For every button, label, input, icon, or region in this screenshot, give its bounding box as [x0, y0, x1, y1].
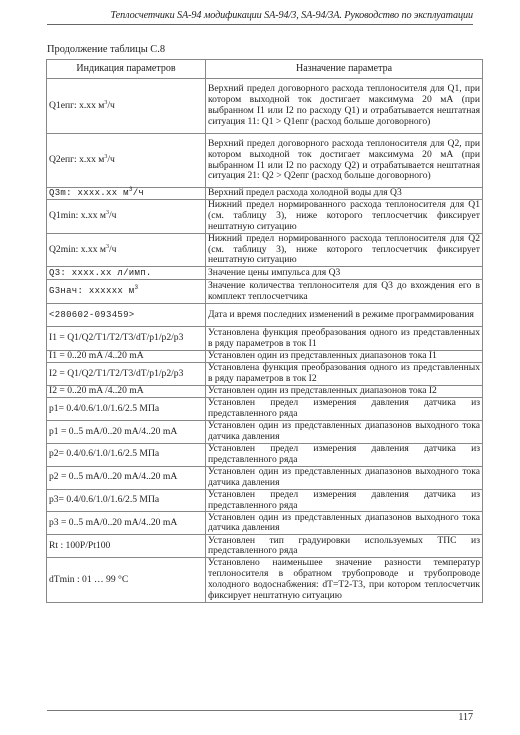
- parameter-description: Установлена функция преобразования одног…: [206, 363, 483, 386]
- parameter-description: Верхний предел договорного расхода тепло…: [206, 79, 483, 134]
- table-row: Q2епг: x.xx м3/чВерхний предел договорно…: [47, 134, 483, 188]
- table-row: I1 = 0..20 mA /4..20 mAУстановлен один и…: [47, 351, 483, 363]
- parameter-description: Нижний предел нормированного расхода теп…: [206, 199, 483, 233]
- parameter-description: Верхний предел расхода холодной воды для…: [206, 188, 483, 200]
- parameter-indication: dTmin : 01 … 99 °C: [47, 558, 206, 603]
- table-row: p1= 0.4/0.6/1.0/1.6/2.5 МПаУстановлен пр…: [47, 398, 483, 421]
- parameter-indication: Q3m: xxxx.xx м3/ч: [47, 188, 206, 200]
- parameter-indication: Q2min: x.xx м3/ч: [47, 233, 206, 267]
- parameter-table: Индикация параметров Назначение параметр…: [46, 59, 483, 603]
- table-row: <280602-093459>Дата и время последних из…: [47, 304, 483, 327]
- parameter-indication: p3= 0.4/0.6/1.0/1.6/2.5 МПа: [47, 489, 206, 512]
- parameter-description: Установлен один из представленных диапаз…: [206, 386, 483, 398]
- parameter-description: Установлено наименьшее значение разности…: [206, 558, 483, 603]
- table-row: p3= 0.4/0.6/1.0/1.6/2.5 МПаУстановлен пр…: [47, 489, 483, 512]
- table-row: Q3m: xxxx.xx м3/чВерхний предел расхода …: [47, 188, 483, 200]
- parameter-description: Значение количества теплоносителя для Q3…: [206, 280, 483, 304]
- parameter-description: Дата и время последних изменений в режим…: [206, 304, 483, 327]
- parameter-description: Верхний предел договорного расхода тепло…: [206, 134, 483, 188]
- table-row: I1 = Q1/Q2/T1/T2/T3/dT/p1/p2/p3Установле…: [47, 327, 483, 351]
- table-row: p2= 0.4/0.6/1.0/1.6/2.5 МПаУстановлен пр…: [47, 443, 483, 466]
- running-header: Теплосчетчики SA-94 модификации SA-94/3,…: [47, 10, 473, 22]
- parameter-description: Установлен предел измерения давления дат…: [206, 398, 483, 421]
- parameter-indication: I1 = 0..20 mA /4..20 mA: [47, 351, 206, 363]
- parameter-description: Установлен тип градуировки используемых …: [206, 535, 483, 558]
- parameter-indication: I1 = Q1/Q2/T1/T2/T3/dT/p1/p2/p3: [47, 327, 206, 351]
- parameter-indication: Q1епг: x.xx м3/ч: [47, 79, 206, 134]
- parameter-description: Установлена функция преобразования одног…: [206, 327, 483, 351]
- table-row: Q1епг: x.xx м3/чВерхний предел договорно…: [47, 79, 483, 134]
- table-row: I2 = 0..20 mA /4..20 mAУстановлен один и…: [47, 386, 483, 398]
- table-row: Q3: xxxx.xx л/имп.Значение цены импульса…: [47, 267, 483, 280]
- table-row: dTmin : 01 … 99 °CУстановлено наименьшее…: [47, 558, 483, 603]
- column-header-indication: Индикация параметров: [47, 60, 206, 79]
- parameter-indication: p1= 0.4/0.6/1.0/1.6/2.5 МПа: [47, 398, 206, 421]
- column-header-purpose: Назначение параметра: [206, 60, 483, 79]
- parameter-indication: I2 = Q1/Q2/T1/T2/T3/dT/p1/p2/p3: [47, 363, 206, 386]
- page-number: 117: [440, 712, 473, 724]
- parameter-indication: Rt : 100P/Pt100: [47, 535, 206, 558]
- table-row: G3нач: xxxxxx м3Значение количества тепл…: [47, 280, 483, 304]
- parameter-indication: p3 = 0..5 mA/0..20 mA/4..20 mA: [47, 512, 206, 535]
- parameter-description: Установлен предел измерения давления дат…: [206, 489, 483, 512]
- parameter-indication: <280602-093459>: [47, 304, 206, 327]
- parameter-description: Нижний предел нормированного расхода теп…: [206, 233, 483, 267]
- parameter-indication: p2 = 0..5 mA/0..20 mA/4..20 mA: [47, 466, 206, 489]
- parameter-indication: Q3: xxxx.xx л/имп.: [47, 267, 206, 280]
- table-row: Q1min: x.xx м3/чНижний предел нормирован…: [47, 199, 483, 233]
- parameter-description: Установлен один из представленных диапаз…: [206, 466, 483, 489]
- table-row: p2 = 0..5 mA/0..20 mA/4..20 mAУстановлен…: [47, 466, 483, 489]
- parameter-indication: I2 = 0..20 mA /4..20 mA: [47, 386, 206, 398]
- table-row: I2 = Q1/Q2/T1/T2/T3/dT/p1/p2/p3Установле…: [47, 363, 483, 386]
- table-caption: Продолжение таблицы С.8: [47, 44, 165, 56]
- parameter-indication: p2= 0.4/0.6/1.0/1.6/2.5 МПа: [47, 443, 206, 466]
- table-header-row: Индикация параметров Назначение параметр…: [47, 60, 483, 79]
- table-row: Rt : 100P/Pt100Установлен тип градуировк…: [47, 535, 483, 558]
- table-row: p3 = 0..5 mA/0..20 mA/4..20 mAУстановлен…: [47, 512, 483, 535]
- parameter-description: Значение цены импульса для Q3: [206, 267, 483, 280]
- parameter-description: Установлен один из представленных диапаз…: [206, 421, 483, 444]
- parameter-description: Установлен один из представленных диапаз…: [206, 512, 483, 535]
- table-row: Q2min: x.xx м3/чНижний предел нормирован…: [47, 233, 483, 267]
- parameter-description: Установлен предел измерения давления дат…: [206, 443, 483, 466]
- parameter-description: Установлен один из представленных диапаз…: [206, 351, 483, 363]
- parameter-indication: Q1min: x.xx м3/ч: [47, 199, 206, 233]
- parameter-indication: p1 = 0..5 mA/0..20 mA/4..20 mA: [47, 421, 206, 444]
- footer-rule: [47, 710, 473, 711]
- table-row: p1 = 0..5 mA/0..20 mA/4..20 mAУстановлен…: [47, 421, 483, 444]
- parameter-indication: Q2епг: x.xx м3/ч: [47, 134, 206, 188]
- parameter-indication: G3нач: xxxxxx м3: [47, 280, 206, 304]
- header-rule: [47, 24, 473, 25]
